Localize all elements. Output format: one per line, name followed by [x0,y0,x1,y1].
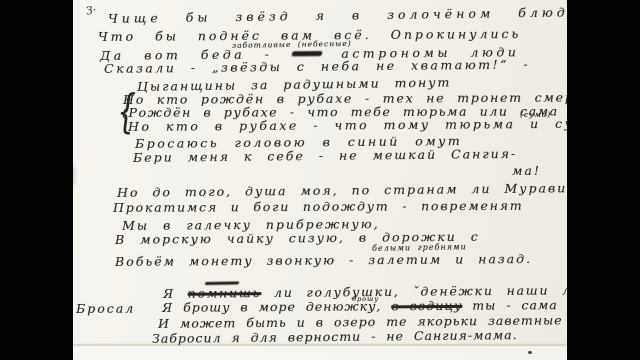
text-segment: Сказали - „звёзды с неба не хватают!“ - [104,57,530,76]
line-01: Чище бы звёзд я в золочёном блюде [108,4,580,26]
text-segment: Прокатимся и боги подождут - повременят [113,198,523,215]
line-14: Прокатимся и боги подождут - повременят [113,198,523,215]
line-11: Бери меня к себе - не мешкай Сангия- [133,146,517,165]
line-21-margin: Бросал [76,301,135,316]
text-segment: Чище бы звёзд я в золочёном блюде [108,4,580,26]
ink-blot [205,281,240,285]
letterbox-right [567,0,640,360]
manuscript-lines: Чище бы звёзд я в золочёном блюдеЧто бы … [0,0,640,360]
video-frame: З· { Чище бы звёзд я в золочёном блюдеЧт… [0,0,640,360]
text-segment: ма! [512,163,541,178]
text-segment: Бери меня к себе - не мешкай Сангия- [133,146,517,165]
line-05: Сказали - „звёзды с неба не хватают!“ - [104,57,530,76]
crossed-out-word: в водицу [391,298,462,313]
text-segment: Забросил я для верности - не Сангия-мама… [152,327,518,346]
text-segment: Я [163,286,188,301]
text-segment: Я брошу в море денюжку, [162,298,391,315]
ink-blot [291,51,322,57]
line-24: Забросил я для верности - не Сангия-мама… [152,327,518,346]
text-segment: Бросал [76,301,135,316]
line-18: Вобьём монету звонкую - залетим и назад. [115,251,532,269]
text-segment: ты - сама [462,297,558,313]
text-segment: Но кто в рубахе - что тому тюрьма и сума [128,116,597,134]
line-09: Но кто в рубахе - что тому тюрьма и сума [128,116,597,134]
text-segment: Вобьём монету звонкую - залетим и назад. [115,251,532,269]
line-12: ма! [512,163,541,178]
letterbox-left [0,0,73,360]
